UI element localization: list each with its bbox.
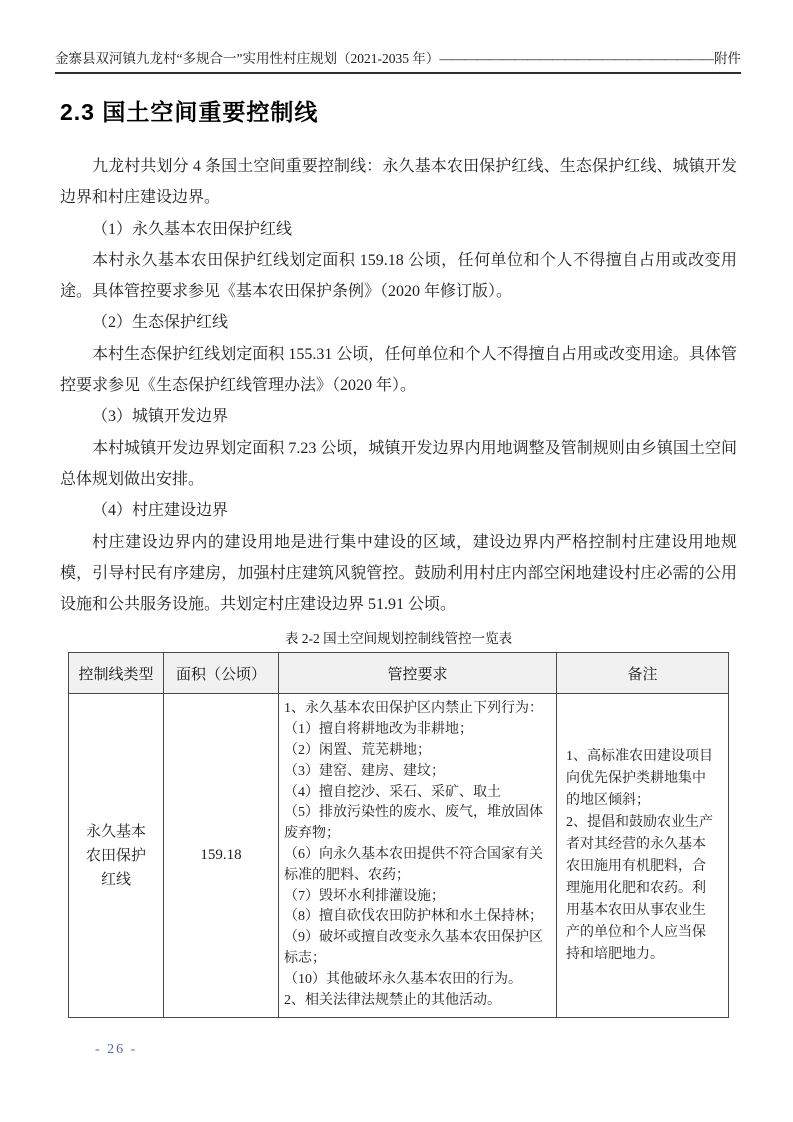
requirement-item: （8）擅自砍伐农田防护林和水土保持林；: [284, 907, 551, 928]
paragraph: （1）永久基本农田保护红线: [60, 214, 737, 245]
requirement-item: （10）其他破坏永久基本农田的行为。: [284, 970, 551, 991]
requirement-item: （4）擅自挖沙、采石、采矿、取土: [284, 783, 551, 804]
requirement-item: （3）建窑、建房、建坟；: [284, 762, 551, 783]
cell-control-requirements: 1、永久基本农田保护区内禁止下列行为：（1）擅自将耕地改为非耕地；（2）闲置、荒…: [279, 694, 557, 1018]
running-head-attachment-label: 附件: [714, 47, 741, 67]
table-row: 永久基本农田保护红线 159.18 1、永久基本农田保护区内禁止下列行为：（1）…: [69, 694, 729, 1018]
running-head: 金寨县双河镇九龙村“多规合一”实用性村庄规划（2021-2035 年） ————…: [55, 47, 741, 74]
body-paragraphs: 九龙村共划分 4 条国土空间重要控制线：永久基本农田保护红线、生态保护红线、城镇…: [60, 151, 737, 620]
paragraph: 本村生态保护红线划定面积 155.31 公顷，任何单位和个人不得擅自占用或改变用…: [60, 339, 737, 402]
paragraph: 本村永久基本农田保护红线划定面积 159.18 公顷，任何单位和个人不得擅自占用…: [60, 245, 737, 308]
cell-control-line-type: 永久基本农田保护红线: [69, 694, 164, 1018]
cell-area-value: 159.18: [164, 694, 279, 1018]
requirement-item: （9）破坏或擅自改变永久基本农田保护区标志；: [284, 928, 551, 970]
requirement-item: 1、永久基本农田保护区内禁止下列行为：: [284, 699, 551, 720]
paragraph: （2）生态保护红线: [60, 307, 737, 338]
remark-item: 2、提倡和鼓励农业生产者对其经营的永久基本农田施用有机肥料，合理施用化肥和农药。…: [566, 812, 719, 966]
running-head-title: 金寨县双河镇九龙村“多规合一”实用性村庄规划（2021-2035 年）: [55, 47, 439, 67]
requirement-item: 2、相关法律法规禁止的其他活动。: [284, 991, 551, 1012]
page-content: 2.3 国土空间重要控制线 九龙村共划分 4 条国土空间重要控制线：永久基本农田…: [60, 94, 737, 1018]
requirement-item: （6）向永久基本农田提供不符合国家有关标准的肥料、农药；: [284, 845, 551, 887]
paragraph: 本村城镇开发边界划定面积 7.23 公顷，城镇开发边界内用地调整及管制规则由乡镇…: [60, 433, 737, 496]
page-number: - 26 -: [95, 1042, 137, 1058]
control-line-table: 控制线类型 面积（公顷） 管控要求 备注 永久基本农田保护红线 159.18 1…: [68, 652, 729, 1018]
col-header-area: 面积（公顷）: [164, 653, 279, 694]
requirement-item: （5）排放污染性的废水、废气，堆放固体废弃物；: [284, 803, 551, 845]
running-head-dash-filler: ————————————————————————: [439, 51, 714, 67]
requirement-item: （1）擅自将耕地改为非耕地；: [284, 720, 551, 741]
requirement-item: （7）毁坏水利排灌设施；: [284, 887, 551, 908]
paragraph: （4）村庄建设边界: [60, 495, 737, 526]
remark-item: 1、高标准农田建设项目向优先保护类耕地集中的地区倾斜；: [566, 746, 719, 812]
cell-remarks: 1、高标准农田建设项目向优先保护类耕地集中的地区倾斜；2、提倡和鼓励农业生产者对…: [557, 694, 729, 1018]
col-header-remarks: 备注: [557, 653, 729, 694]
paragraph: （3）城镇开发边界: [60, 401, 737, 432]
requirement-item: （2）闲置、荒芜耕地；: [284, 741, 551, 762]
table-header-row: 控制线类型 面积（公顷） 管控要求 备注: [69, 653, 729, 694]
paragraph: 村庄建设边界内的建设用地是进行集中建设的区域，建设边界内严格控制村庄建设用地规模…: [60, 527, 737, 621]
paragraph: 九龙村共划分 4 条国土空间重要控制线：永久基本农田保护红线、生态保护红线、城镇…: [60, 151, 737, 214]
table-caption: 表 2-2 国土空间规划控制线管控一览表: [60, 627, 737, 647]
section-title: 2.3 国土空间重要控制线: [60, 94, 737, 127]
document-page: 金寨县双河镇九龙村“多规合一”实用性村庄规划（2021-2035 年） ————…: [0, 0, 793, 1122]
col-header-control-line-type: 控制线类型: [69, 653, 164, 694]
col-header-control-requirements: 管控要求: [279, 653, 557, 694]
